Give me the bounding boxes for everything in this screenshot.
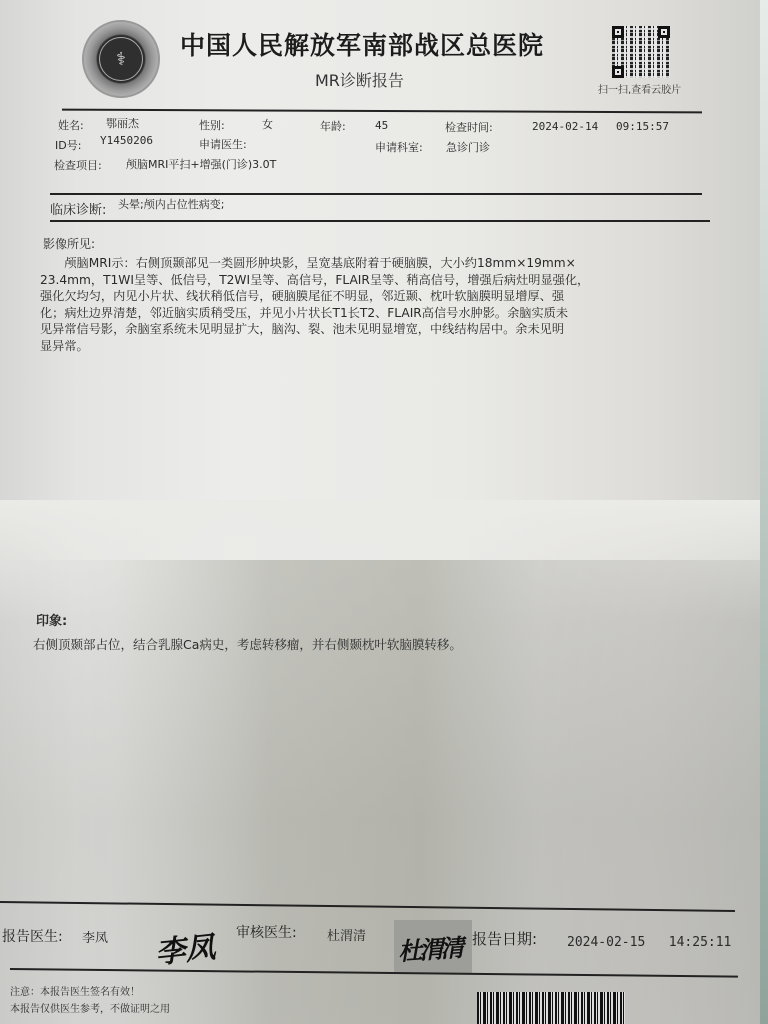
qr-finder-icon — [612, 66, 624, 78]
qr-finder-icon — [612, 26, 624, 38]
caduceus-icon: ⚕ — [99, 37, 143, 81]
clinical-diagnosis: 头晕;颅内占位性病变; — [118, 196, 224, 212]
report-doctor-signature: 李凤 — [153, 922, 217, 972]
clinical-diagnosis-label: 临床诊断: — [50, 199, 106, 218]
hospital-emblem-icon: ⚕ — [82, 20, 160, 98]
requesting-dept: 急诊门诊 — [446, 139, 490, 155]
exam-date: 2024-02-14 — [532, 120, 598, 133]
review-doctor-signature: 杜渭清 — [397, 928, 462, 967]
hospital-name: 中国人民解放军南部战区总医院 — [180, 26, 544, 62]
signature-top-divider — [0, 901, 735, 911]
findings-line: 显异常。 — [40, 338, 722, 355]
findings-label: 影像所见: — [43, 235, 95, 252]
review-doctor-label: 审核医生: — [236, 922, 297, 942]
exam-time: 09:15:57 — [616, 120, 669, 133]
barcode-icon — [477, 992, 625, 1024]
notice-reference-only: 本报告仅供医生参考，不做证明之用 — [10, 1000, 170, 1015]
sex-label: 性别: — [199, 117, 225, 133]
exam-item: 颅脑MRI平扫+增强(门诊)3.0T — [126, 156, 276, 172]
name-label: 姓名: — [58, 117, 84, 133]
header-divider — [62, 109, 702, 114]
requesting-doctor-label: 申请医生: — [199, 136, 247, 152]
report-doctor-label: 报告医生: — [2, 926, 63, 946]
findings-line: 化；病灶边界清楚，邻近脑实质稍受压，并见小片状长T1长T2、FLAIR高信号水肿… — [40, 305, 722, 322]
findings-line: 强化欠均匀，内见小片状、线状稍低信号，硬脑膜尾征不明显，邻近颞、枕叶软脑膜明显增… — [40, 288, 722, 305]
findings-line: 见异常信号影，余脑室系统未见明显扩大，脑沟、裂、池未见明显增宽，中线结构居中。余… — [40, 321, 722, 338]
impression-label: 印象: — [36, 610, 67, 629]
patient-id: Y1450206 — [100, 134, 153, 147]
patient-age: 45 — [375, 119, 388, 132]
age-label: 年龄: — [320, 118, 346, 134]
report-date-value: 2024-02-15 — [567, 935, 645, 950]
id-label: ID号: — [55, 137, 81, 153]
paper-shadow — [0, 560, 768, 1024]
findings-text: 颅脑MRI示：右侧顶颞部见一类圆形肿块影，呈宽基底附着于硬脑膜，大小约18mm×… — [40, 255, 722, 355]
paper-shading — [0, 500, 768, 620]
review-doctor-name: 杜渭清 — [327, 925, 366, 944]
exam-item-label: 检查项目: — [54, 157, 102, 173]
findings-line: 颅脑MRI示：右侧顶颞部见一类圆形肿块影，呈宽基底附着于硬脑膜，大小约18mm×… — [40, 255, 722, 272]
qr-code-icon[interactable] — [612, 26, 670, 78]
report-date-label: 报告日期: — [472, 928, 537, 949]
signature-bottom-divider — [10, 968, 738, 977]
qr-finder-icon — [658, 26, 670, 38]
report-time-value: 14:25:11 — [669, 935, 732, 950]
report-doctor-name: 李凤 — [82, 927, 108, 946]
requesting-dept-label: 申请科室: — [375, 139, 423, 155]
report-date: 2024-02-15 14:25:11 — [567, 935, 731, 950]
notice-signature: 注意：本报告医生签名有效！ — [10, 983, 140, 998]
exam-time-label: 检查时间: — [445, 119, 493, 135]
findings-line: 23.4mm，T1WI呈等、低信号，T2WI呈等、高信号，FLAIR呈等、稍高信… — [40, 272, 722, 289]
impression-text: 右侧顶颞部占位，结合乳腺Ca病史，考虑转移瘤，并右侧颞枕叶软脑膜转移。 — [33, 635, 462, 653]
patient-sex: 女 — [262, 116, 273, 132]
paper-edge — [760, 0, 768, 1024]
report-title: MR诊断报告 — [315, 68, 404, 91]
info-divider — [50, 193, 702, 195]
diagnosis-divider — [50, 220, 710, 222]
patient-name: 鄂丽杰 — [106, 115, 139, 131]
qr-caption: 扫一扫,查看云胶片 — [598, 81, 681, 96]
